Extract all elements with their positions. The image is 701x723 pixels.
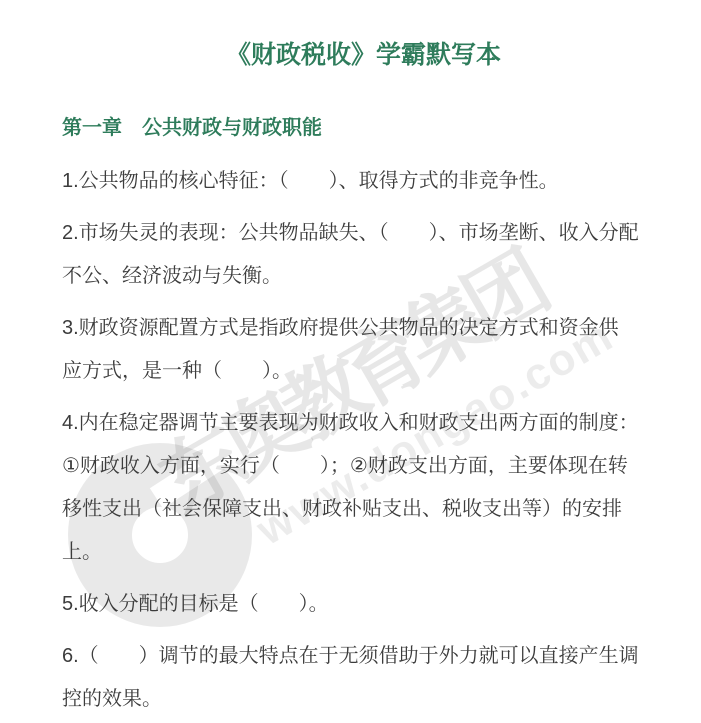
question-4: 4.内在稳定器调节主要表现为财政收入和财政支出两方面的制度： ①财政收入方面，实… — [62, 402, 665, 574]
question-line: 2.市场失灵的表现：公共物品缺失、（ ）、市场垄断、收入分配 — [62, 212, 665, 255]
question-line: 4.内在稳定器调节主要表现为财政收入和财政支出两方面的制度： — [62, 402, 665, 445]
question-6: 6.（ ）调节的最大特点在于无须借助于外力就可以直接产生调 控的效果。 — [62, 635, 665, 721]
page-title: 《财政税收》学霸默写本 — [62, 0, 665, 73]
question-line: 移性支出（社会保障支出、财政补贴支出、税收支出等）的安排 — [62, 488, 665, 531]
question-line: 上。 — [62, 531, 665, 574]
question-5: 5.收入分配的目标是（ ）。 — [62, 583, 665, 626]
question-line: 5.收入分配的目标是（ ）。 — [62, 583, 665, 626]
question-line: ①财政收入方面，实行（ ）；②财政支出方面，主要体现在转 — [62, 445, 665, 488]
question-line: 6.（ ）调节的最大特点在于无须借助于外力就可以直接产生调 — [62, 635, 665, 678]
question-line: 控的效果。 — [62, 678, 665, 721]
document-content: 《财政税收》学霸默写本 第一章 公共财政与财政职能 1.公共物品的核心特征：（ … — [0, 0, 701, 721]
question-3: 3.财政资源配置方式是指政府提供公共物品的决定方式和资金供 应方式，是一种（ ）… — [62, 307, 665, 393]
question-line: 1.公共物品的核心特征：（ ）、取得方式的非竞争性。 — [62, 160, 665, 203]
question-list: 1.公共物品的核心特征：（ ）、取得方式的非竞争性。 2.市场失灵的表现：公共物… — [62, 160, 665, 721]
question-1: 1.公共物品的核心特征：（ ）、取得方式的非竞争性。 — [62, 160, 665, 203]
question-line: 应方式，是一种（ ）。 — [62, 350, 665, 393]
workbook-page: 东奥教育集团 www.dongao.com 《财政税收》学霸默写本 第一章 公共… — [0, 0, 701, 723]
question-line: 不公、经济波动与失衡。 — [62, 255, 665, 298]
chapter-heading: 第一章 公共财政与财政职能 — [62, 114, 665, 142]
question-line: 3.财政资源配置方式是指政府提供公共物品的决定方式和资金供 — [62, 307, 665, 350]
question-2: 2.市场失灵的表现：公共物品缺失、（ ）、市场垄断、收入分配 不公、经济波动与失… — [62, 212, 665, 298]
